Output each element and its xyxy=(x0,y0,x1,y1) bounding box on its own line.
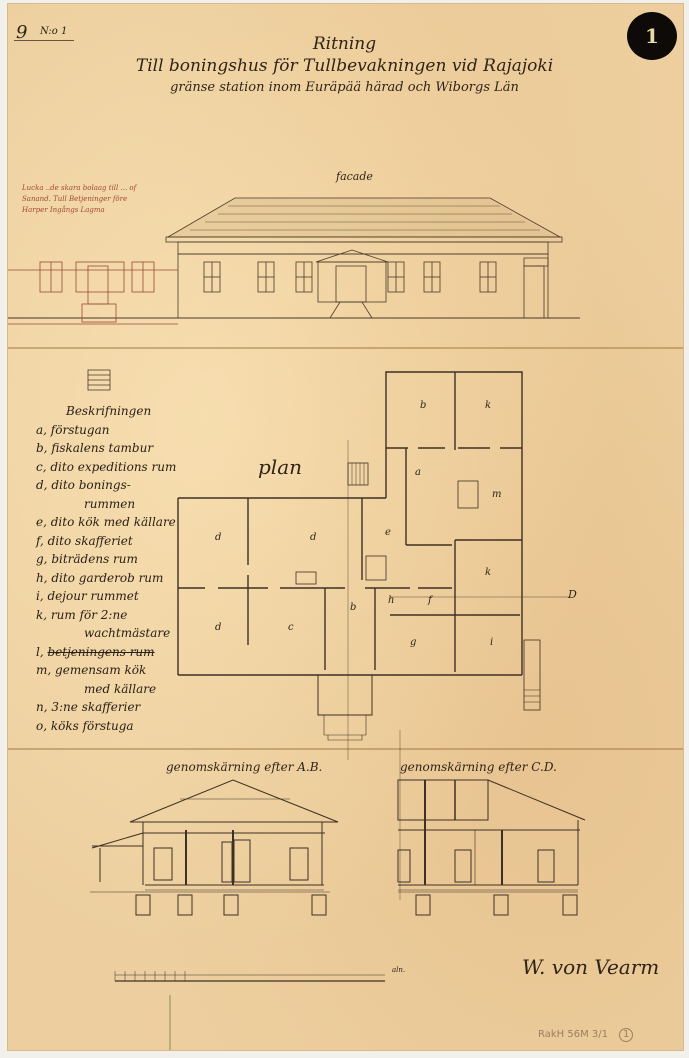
archive-mark: RakH 56M 3/1 1 xyxy=(538,1028,633,1042)
archive-code: RakH 56M 3/1 xyxy=(538,1029,608,1040)
sections xyxy=(0,0,689,1058)
scale-unit: aln. xyxy=(392,966,405,974)
archive-circle: 1 xyxy=(619,1028,633,1042)
signature: W. von Vearm xyxy=(522,955,659,979)
